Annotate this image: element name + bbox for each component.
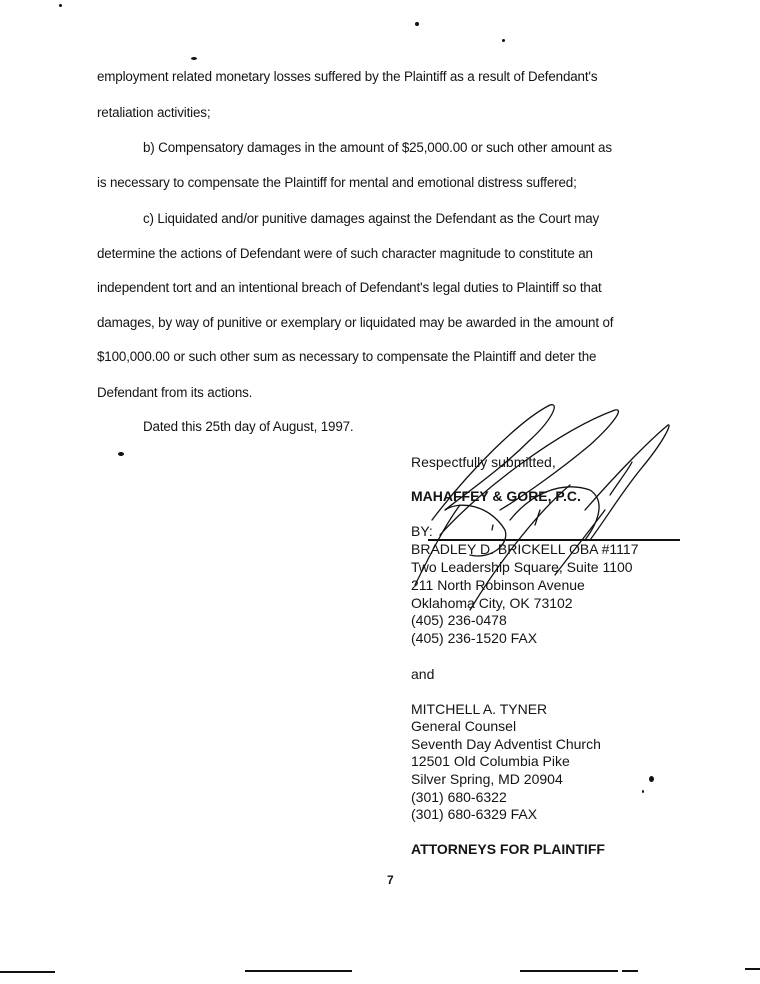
attorney1-name: BRADLEY D. BRICKELL OBA #1117 [411,541,639,557]
attorneys-role: ATTORNEYS FOR PLAINTIFF [411,841,605,857]
scan-speck [415,22,419,26]
scan-speck [118,452,124,456]
date-line: Dated this 25th day of August, 1997. [143,419,354,434]
scan-rule [745,968,760,970]
closing: Respectfully submitted, [411,454,556,470]
attorney1-phone: (405) 236-0478 [411,612,507,628]
scan-speck [502,39,505,42]
paragraph-line: $100,000.00 or such other sum as necessa… [97,349,596,364]
scan-rule [520,970,618,972]
scan-speck [642,790,644,793]
paragraph-line: retaliation activities; [97,105,210,120]
by-label: BY: [411,523,433,539]
attorney2-org: Seventh Day Adventist Church [411,736,601,752]
page-number: 7 [387,873,394,887]
scan-speck [649,776,654,782]
attorney2-title: General Counsel [411,718,516,734]
attorney2-fax: (301) 680-6329 FAX [411,806,537,822]
paragraph-line: employment related monetary losses suffe… [97,69,597,84]
paragraph-line: damages, by way of punitive or exemplary… [97,315,613,330]
conjunction: and [411,666,434,682]
scan-rule [245,970,352,972]
paragraph-line: independent tort and an intentional brea… [97,280,602,295]
document-page: employment related monetary losses suffe… [0,0,760,984]
attorney1-address1: Two Leadership Square, Suite 1100 [411,559,633,575]
attorney2-address: 12501 Old Columbia Pike [411,753,570,769]
attorney2-city: Silver Spring, MD 20904 [411,771,563,787]
scan-rule [622,970,638,972]
paragraph-line: determine the actions of Defendant were … [97,246,593,261]
attorney1-city: Oklahoma City, OK 73102 [411,595,573,611]
scan-speck [191,57,197,60]
attorney1-address2: 211 North Robinson Avenue [411,577,585,593]
scan-rule [0,971,55,973]
paragraph-line: Defendant from its actions. [97,385,252,400]
scan-speck [59,4,62,7]
paragraph-line: c) Liquidated and/or punitive damages ag… [143,211,599,226]
attorney2-phone: (301) 680-6322 [411,789,507,805]
firm-name: MAHAFFEY & GORE, P.C. [411,488,581,504]
paragraph-line: is necessary to compensate the Plaintiff… [97,175,577,190]
paragraph-line: b) Compensatory damages in the amount of… [143,140,612,155]
attorney1-fax: (405) 236-1520 FAX [411,630,537,646]
attorney2-name: MITCHELL A. TYNER [411,701,547,717]
